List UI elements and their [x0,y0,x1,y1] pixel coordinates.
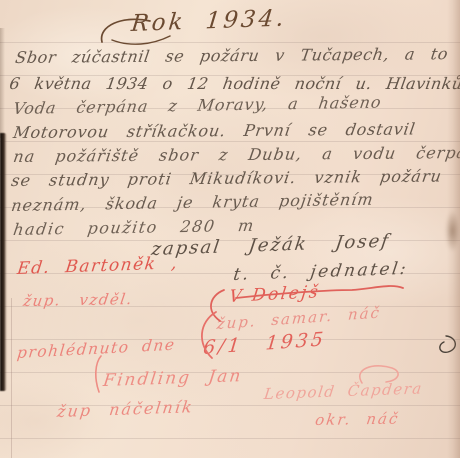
entry-line: na požářiště sbor z Dubu, a vodu čerpal [12,144,460,166]
entry-line: neznám, škoda je kryta pojištěním [10,191,375,216]
chief-role-red: žup náčelník [56,398,195,421]
entry-line: Sbor zúčastnil se požáru v Tučapech, a t… [14,45,450,67]
reviewer-role-red: žup. vzděl. [22,291,134,310]
entry-line: se studny proti Mikudíkovi. vznik požáru [10,167,443,190]
title-swash-stroke [112,36,170,44]
dolejs-role-red: žup. samar. náč [216,304,382,333]
district-chief-role-red: okr. náč [314,410,401,429]
reviewed-date-red: 6/1 1935 [202,329,327,360]
scanned-chronicle-page: Rok 1934. Sbor zúčastnil se požáru v Tuč… [0,0,460,458]
left-binding-edge [0,133,7,391]
entry-line: Voda čerpána z Moravy, a hašeno [12,94,383,119]
entry-title: Rok 1934. [130,5,288,37]
red-f-stem [96,356,101,392]
reviewer-name-red: Ed. Bartoněk , [16,254,179,279]
entry-line: Motorovou stříkačkou. První se dostavil [12,120,417,142]
right-edge-smudge [445,210,460,252]
district-chief-name-red: Leopold Čapdera [263,380,424,403]
margin-rule [11,298,12,458]
left-edge-shadow [0,28,5,138]
reviewed-text-red: prohlédnuto dne [16,337,176,363]
dolejs-signature-red: V Dolejš [228,283,321,307]
chief-name-red: Findling Jan [102,367,243,391]
entry-line: 6 května 1934 o 12 hodině noční u. Hlavi… [8,75,460,93]
